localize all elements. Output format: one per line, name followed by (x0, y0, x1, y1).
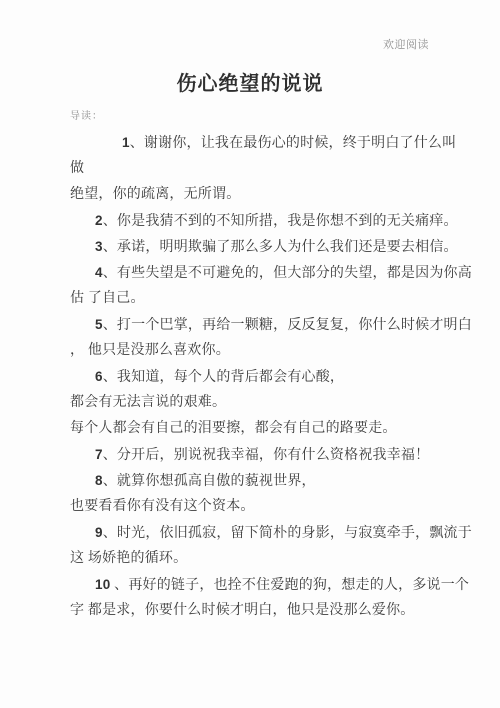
list-item-number: 3 (95, 239, 103, 254)
list-item-number: 7 (95, 447, 103, 462)
list-item-number: 6 (95, 369, 103, 384)
list-item-line: 10 、再好的链子，也拴不住爱跑的狗，想走的人，多说一个 (70, 572, 440, 598)
lead-label: 导读： (70, 110, 103, 124)
text-line: 绝望，你的疏离，无所谓。 (70, 182, 440, 208)
line-text: 估 了自己。 (70, 291, 145, 306)
line-text: 、你是我猜不到的不知所措，我是你想不到的无关痛痒。 (103, 214, 458, 229)
list-item-number: 8 (95, 473, 103, 488)
list-item-number: 2 (95, 213, 103, 228)
line-text: 字 都是求，你要什么时候才明白，他只是没那么爱你。 (70, 603, 415, 618)
page-title: 伤心绝望的说说 (0, 70, 500, 98)
line-text: 也要看看你有没有这个资本。 (70, 499, 255, 514)
line-text: 都会有无法言说的艰难。 (70, 395, 226, 410)
line-text: 这 场娇艳的循环。 (70, 551, 187, 566)
list-item-number: 10 (95, 577, 110, 592)
line-text: 、我知道，每个人的背后都会有心酸， (103, 370, 344, 385)
text-line: 每个人都会有自己的泪要擦，都会有自己的路要走。 (70, 416, 440, 442)
text-line: 做 (70, 156, 440, 182)
line-text: 、承诺，明明欺骗了那么多人为什么我们还是要去相信。 (103, 240, 458, 255)
list-item-line: 9、时光，依旧孤寂，留下简朴的身影，与寂寞牵手，飘流于 (70, 520, 440, 546)
list-item-number: 5 (95, 317, 103, 332)
text-line: ， 他只是没那么喜欢你。 (70, 338, 440, 364)
line-text: 绝望，你的疏离，无所谓。 (70, 187, 240, 202)
text-line: 估 了自己。 (70, 286, 440, 312)
list-item-line: 7、分开后，别说祝我幸福，你有什么资格祝我幸福！ (70, 442, 440, 468)
line-text: 每个人都会有自己的泪要擦，都会有自己的路要走。 (70, 421, 397, 436)
list-item-line: 1、谢谢你，让我在最伤心的时候，终于明白了什么叫 (70, 130, 440, 156)
line-text: 、就算你想孤高自傲的藐视世界， (103, 474, 316, 489)
line-text: 、有些失望是不可避免的，但大部分的失望，都是因为你高 (103, 266, 472, 281)
document-body: 1、谢谢你，让我在最伤心的时候，终于明白了什么叫做绝望，你的疏离，无所谓。2、你… (70, 130, 440, 624)
list-item-line: 5、打一个巴掌，再给一颗糖，反反复复，你什么时候才明白 (70, 312, 440, 338)
line-text: ， 他只是没那么喜欢你。 (70, 343, 230, 358)
text-line: 这 场娇艳的循环。 (70, 546, 440, 572)
list-item-line: 4、有些失望是不可避免的，但大部分的失望，都是因为你高 (70, 260, 440, 286)
line-text: 、时光，依旧孤寂，留下简朴的身影，与寂寞牵手，飘流于 (103, 526, 472, 541)
list-item-number: 4 (95, 265, 103, 280)
list-item-line: 3、承诺，明明欺骗了那么多人为什么我们还是要去相信。 (70, 234, 440, 260)
text-line: 都会有无法言说的艰难。 (70, 390, 440, 416)
text-line: 也要看看你有没有这个资本。 (70, 494, 440, 520)
document-page: 欢迎阅读 伤心绝望的说说 导读： 1、谢谢你，让我在最伤心的时候，终于明白了什么… (0, 0, 500, 708)
list-item-number: 1 (122, 135, 130, 150)
line-text: 、分开后，别说祝我幸福，你有什么资格祝我幸福！ (103, 448, 430, 463)
text-line: 字 都是求，你要什么时候才明白，他只是没那么爱你。 (70, 598, 440, 624)
line-text: 、再好的链子，也拴不住爱跑的狗，想走的人，多说一个 (110, 578, 469, 593)
list-item-number: 9 (95, 525, 103, 540)
list-item-line: 2、你是我猜不到的不知所措，我是你想不到的无关痛痒。 (70, 208, 440, 234)
line-text: 、打一个巴掌，再给一颗糖，反反复复，你什么时候才明白 (103, 318, 472, 333)
header-watermark: 欢迎阅读 (383, 38, 429, 52)
line-text: 、谢谢你，让我在最伤心的时候，终于明白了什么叫 (130, 136, 457, 151)
line-text: 做 (70, 161, 84, 176)
list-item-line: 6、我知道，每个人的背后都会有心酸， (70, 364, 440, 390)
list-item-line: 8、就算你想孤高自傲的藐视世界， (70, 468, 440, 494)
